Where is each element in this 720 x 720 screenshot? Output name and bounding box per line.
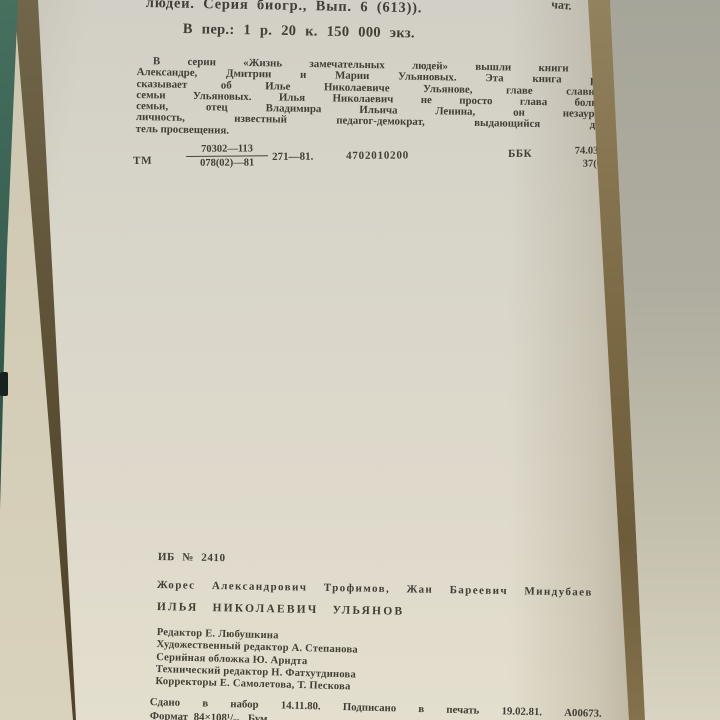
background-mark [0, 372, 8, 396]
book-photo: людей. Серия биогр., Вып. 6 (613)). В пе… [0, 0, 720, 720]
fraction-numerator: 70302—113 [186, 143, 268, 157]
fraction-denominator: 078(02)—81 [186, 156, 268, 169]
authors-line: Жорес Александрович Трофимов, Жан Бареев… [157, 579, 593, 599]
price-line: В пер.: 1 р. 20 к. 150 000 экз. [183, 21, 415, 42]
catalog-code: 4702010200 [346, 149, 409, 162]
ib-number: ИБ № 2410 [158, 551, 226, 564]
annotation-paragraph: В серии «Жизнь замечательных людей» вышл… [136, 56, 607, 143]
cut-text-fragment: чат. [551, 0, 573, 14]
series-note: людей. Серия биогр., Вып. 6 (613)). [146, 0, 423, 17]
catalog-suffix: 271—81. [272, 151, 313, 163]
format-line: Формат 84×108¹/₃₂. Бум. [150, 710, 271, 720]
bbk-label: ББК [508, 148, 532, 160]
catalog-fraction: 70302—113 078(02)—81 [186, 143, 268, 169]
tm-label: ТМ [133, 155, 153, 167]
book-title: ИЛЬЯ НИКОЛАЕВИЧ УЛЬЯНОВ [157, 601, 405, 618]
staff-credits: Редактор Е. Любушкина Художественный ред… [155, 627, 358, 694]
